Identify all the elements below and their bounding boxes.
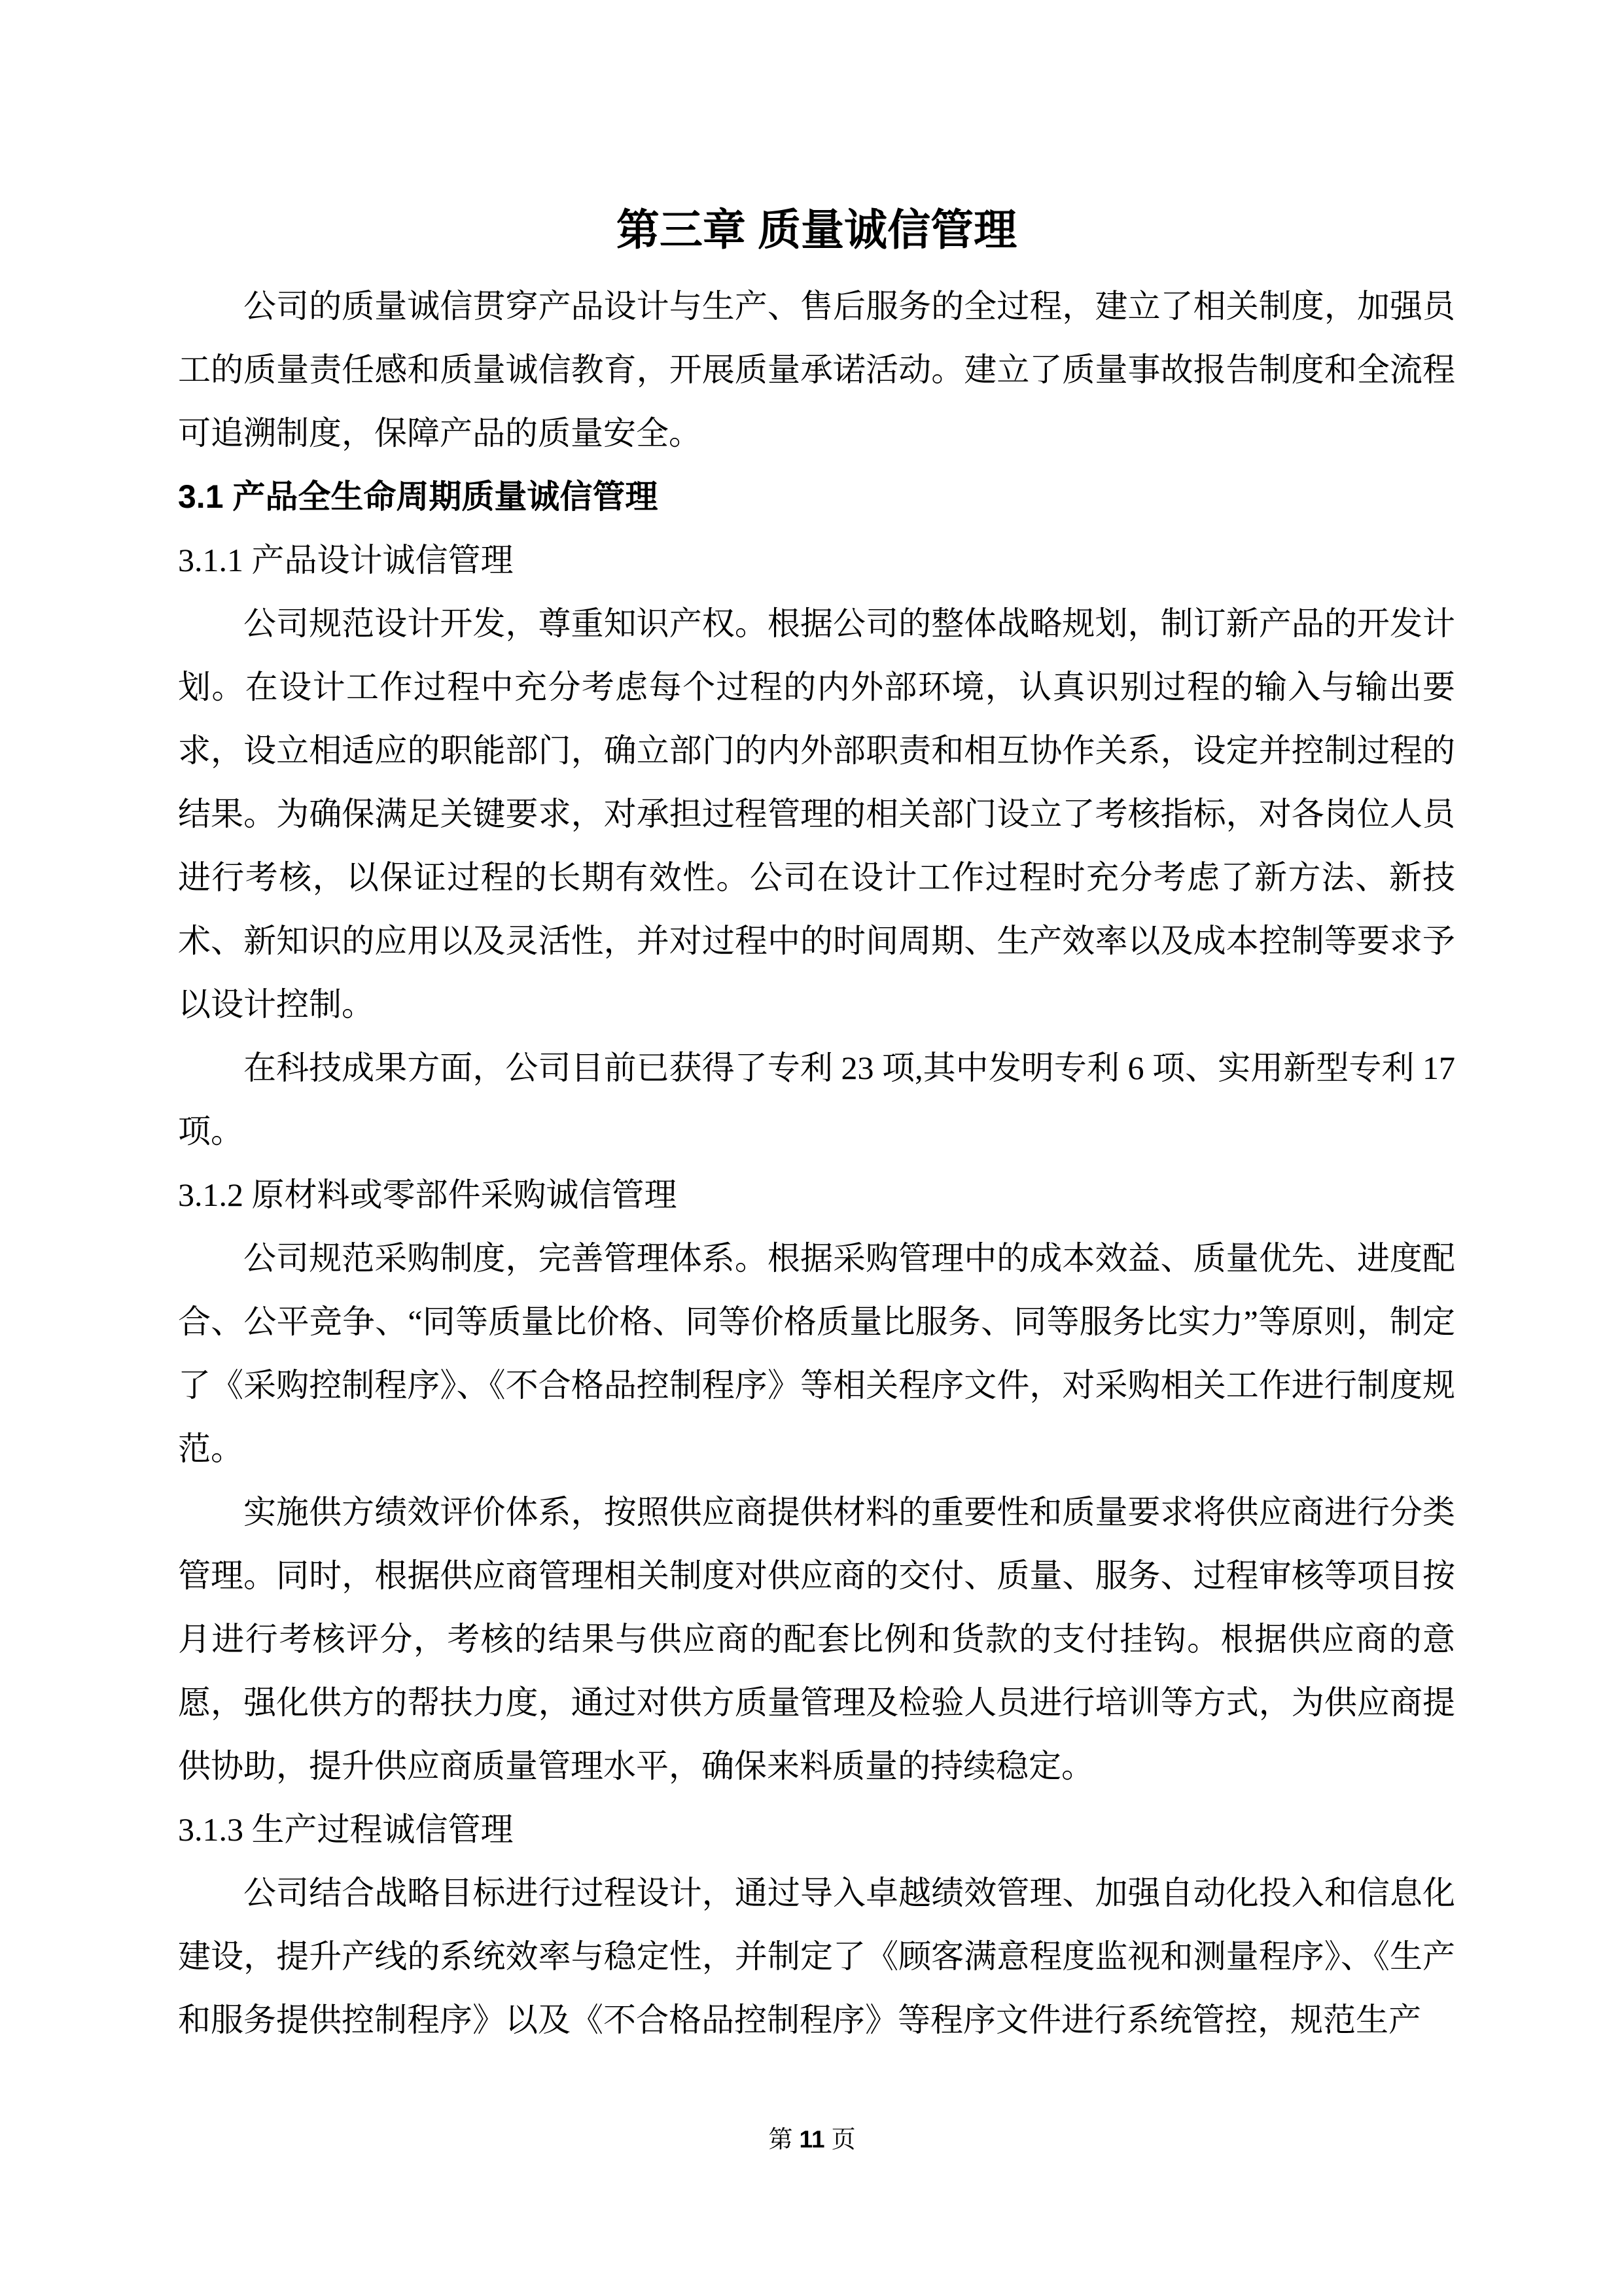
document-page: 第三章 质量诚信管理 公司的质量诚信贯穿产品设计与生产、售后服务的全过程，建立了… — [0, 0, 1624, 2296]
subsection-heading-3-1-1: 3.1.1 产品设计诚信管理 — [178, 529, 1455, 592]
paragraph-chapter-intro: 公司的质量诚信贯穿产品设计与生产、售后服务的全过程，建立了相关制度，加强员工的质… — [178, 275, 1455, 465]
paragraph-supplier-evaluation: 实施供方绩效评价体系，按照供应商提供材料的重要性和质量要求将供应商进行分类管理。… — [178, 1481, 1455, 1798]
page-footer-suffix: 页 — [832, 2127, 856, 2153]
document-body: 第三章 质量诚信管理 公司的质量诚信贯穿产品设计与生产、售后服务的全过程，建立了… — [178, 191, 1455, 2052]
page-number: 11 — [799, 2126, 824, 2153]
paragraph-design-integrity: 公司规范设计开发，尊重知识产权。根据公司的整体战略规划，制订新产品的开发计划。在… — [178, 592, 1455, 1036]
page-footer: 第11页 — [0, 2125, 1624, 2155]
paragraph-patents: 在科技成果方面，公司目前已获得了专利 23 项,其中发明专利 6 项、实用新型专… — [178, 1036, 1455, 1163]
section-heading-3-1: 3.1 产品全生命周期质量诚信管理 — [178, 465, 1455, 529]
page-footer-prefix: 第 — [768, 2127, 792, 2153]
subsection-heading-3-1-3: 3.1.3 生产过程诚信管理 — [178, 1798, 1455, 1862]
paragraph-procurement-system: 公司规范采购制度，完善管理体系。根据采购管理中的成本效益、质量优先、进度配合、公… — [178, 1227, 1455, 1481]
chapter-title: 第三章 质量诚信管理 — [178, 191, 1455, 268]
subsection-heading-3-1-2: 3.1.2 原材料或零部件采购诚信管理 — [178, 1163, 1455, 1227]
paragraph-production-process: 公司结合战略目标进行过程设计，通过导入卓越绩效管理、加强自动化投入和信息化建设，… — [178, 1862, 1455, 2052]
